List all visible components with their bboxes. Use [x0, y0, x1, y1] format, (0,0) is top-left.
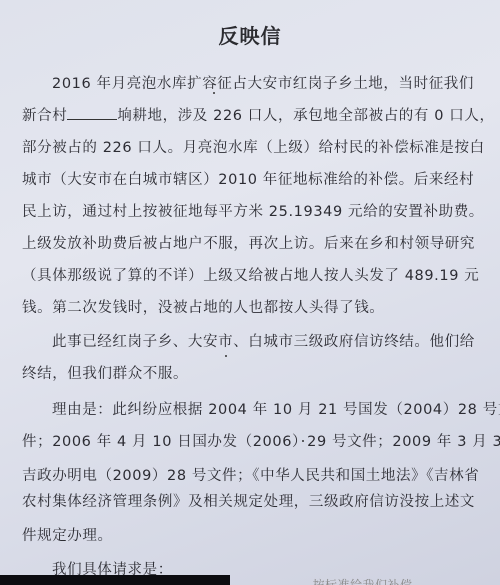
paragraph-line: 件；2006 年 4 月 10 日国办发（2006）29 号文件；2009 年 …	[22, 430, 500, 451]
paragraph-line: 民上访，通过村上按被征地每平方米 25.19349 元给的安置补助费。	[22, 200, 484, 221]
paragraph-line: 件规定办理。	[22, 524, 113, 545]
paragraph-line: （具体那级说了算的不详）上级又给被占地人按人头发了 489.19 元	[22, 264, 479, 285]
paragraph-line: 城市（大安市在白城市辖区）2010 年征地标准给的补偿。后来经村	[22, 168, 474, 189]
paragraph-line: 新合村垧耕地，涉及 226 口人，承包地全部被占的有 0 口人，	[22, 104, 495, 125]
dark-edge	[0, 575, 230, 585]
document-title: 反映信	[0, 20, 500, 49]
speck-mark	[302, 440, 304, 442]
paragraph-line: 理由是：此纠纷应根据 2004 年 10 月 21 号国发（2004）28 号文	[52, 398, 500, 419]
paragraph-line: 钱。第二次发钱时，没被占地的人也都按人头得了钱。	[22, 296, 384, 317]
cut-off-line: …按标准给我们补偿	[300, 576, 413, 585]
blank-field	[67, 105, 117, 120]
paragraph-line: 农村集体经济管理条例》及相关规定处理，三级政府信访没按上述文	[22, 490, 475, 511]
paragraph-line: 终结，但我们群众不服。	[22, 362, 188, 383]
paragraph-line: 吉政办明电（2009）28 号文件；《中华人民共和国土地法》《吉林省	[22, 464, 479, 485]
land-area-text: 垧耕地，涉及 226 口人，承包地全部被占的有 0 口人，	[117, 108, 494, 124]
village-name: 新合村	[22, 108, 67, 124]
speck-mark	[225, 355, 227, 357]
paragraph-line: 上级发放补助费后被占地户不服，再次上访。后来在乡和村领导研究	[22, 232, 475, 253]
paragraph-line: 2016 年月亮泡水库扩容征占大安市红岗子乡土地，当时征我们	[52, 72, 474, 93]
speck-mark	[213, 92, 215, 94]
paragraph-line: 部分被占的 226 口人。月亮泡水库（上级）给村民的补偿标准是按白	[22, 136, 485, 157]
letter-page: 反映信 2016 年月亮泡水库扩容征占大安市红岗子乡土地，当时征我们 新合村垧耕…	[0, 0, 500, 585]
paragraph-line: 此事已经红岗子乡、大安市、白城市三级政府信访终结。他们给	[52, 330, 475, 351]
